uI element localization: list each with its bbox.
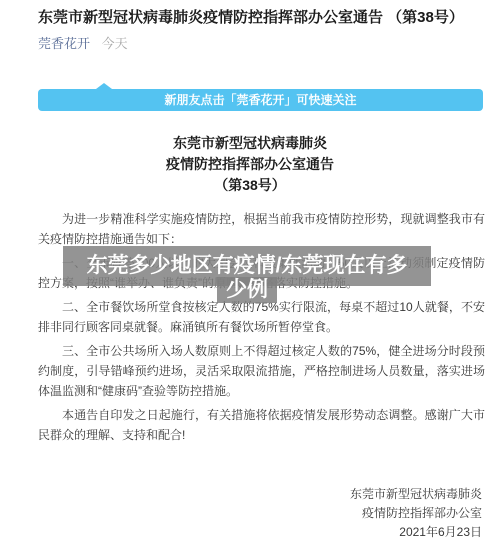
account-link[interactable]: 莞香花开 [38, 36, 90, 51]
signature-line: 疫情防控指挥部办公室 [0, 504, 482, 523]
publish-time: 今天 [102, 36, 128, 51]
notice-paragraph: 三、全市公共场所入场人数原则上不得超过核定人数的75%，健全进场分时段预约制度，… [38, 341, 485, 401]
watermark-overlay-row2: 少例 [63, 277, 431, 303]
article-page-title: 东莞市新型冠状病毒肺炎疫情防控指挥部办公室通告 （第38号） [38, 8, 485, 28]
notice-title: 东莞市新型冠状病毒肺炎 疫情防控指挥部办公室通告 （第38号） [0, 133, 500, 196]
notice-title-line: 疫情防控指挥部办公室通告 [0, 154, 500, 175]
follow-banner-wrap: 新朋友点击「莞香花开」可快速关注 [38, 89, 483, 111]
notice-title-line: 东莞市新型冠状病毒肺炎 [0, 133, 500, 154]
notice-paragraph: 二、全市餐饮场所堂食按核定人数的75%实行限流，每桌不超过10人就餐，不安排非同… [38, 297, 485, 337]
follow-banner[interactable]: 新朋友点击「莞香花开」可快速关注 [38, 89, 483, 111]
notice-title-line: （第38号） [0, 175, 500, 196]
article-header: 东莞市新型冠状病毒肺炎疫情防控指挥部办公室通告 （第38号） 莞香花开 今天 [0, 0, 500, 52]
signature-date: 2021年6月23日 [0, 523, 482, 542]
article-meta: 莞香花开 今天 [38, 36, 485, 52]
notice-signature: 东莞市新型冠状病毒肺炎 疫情防控指挥部办公室 2021年6月23日 [0, 485, 482, 542]
signature-line: 东莞市新型冠状病毒肺炎 [0, 485, 482, 504]
notice-paragraph: 为进一步精准科学实施疫情防控，根据当前我市疫情防控形势，现就调整我市有关疫情防控… [38, 209, 485, 249]
banner-arrow-icon [96, 83, 112, 89]
notice-body: 为进一步精准科学实施疫情防控，根据当前我市疫情防控形势，现就调整我市有关疫情防控… [38, 209, 485, 445]
watermark-text: 少例 [217, 277, 277, 303]
notice-paragraph: 本通告自印发之日起施行，有关措施将依据疫情发展形势动态调整。感谢广大市民群众的理… [38, 405, 485, 445]
